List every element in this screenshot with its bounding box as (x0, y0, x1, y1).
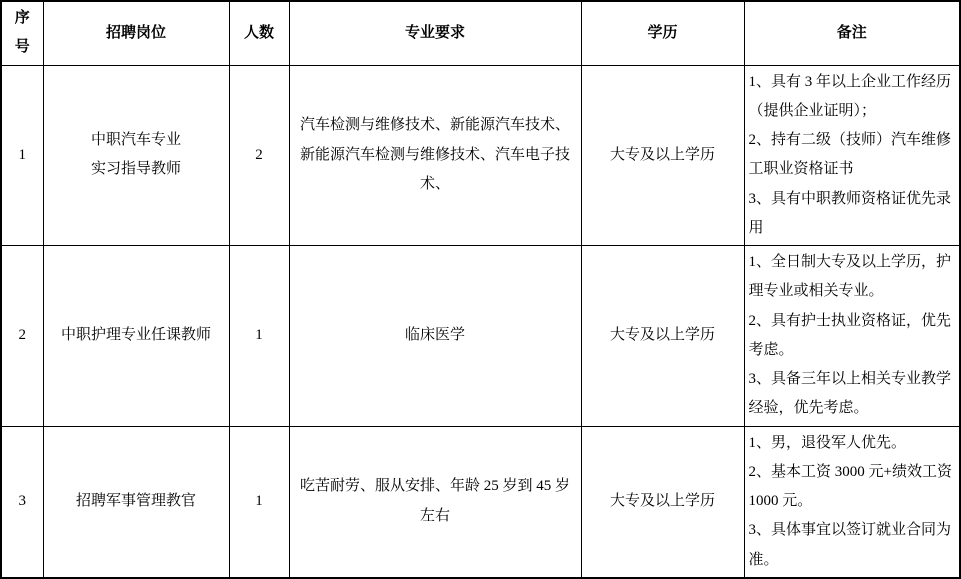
recruitment-table: 序 号 招聘岗位 人数 专业要求 学历 备注 1 中职汽车专业 实习指导教师 2… (0, 0, 961, 579)
cell-serial: 3 (1, 426, 43, 578)
table-row: 2 中职护理专业任课教师 1 临床医学 大专及以上学历 1、全日制大专及以上学历… (1, 246, 960, 427)
cell-notes: 1、男，退役军人优先。 2、基本工资 3000 元+绩效工资 1000 元。 3… (744, 426, 960, 578)
header-notes: 备注 (744, 1, 960, 65)
cell-position: 中职护理专业任课教师 (43, 246, 229, 427)
header-education: 学历 (581, 1, 744, 65)
table-row: 3 招聘军事管理教官 1 吃苦耐劳、服从安排、年龄 25 岁到 45 岁左右 大… (1, 426, 960, 578)
cell-count: 2 (229, 65, 289, 246)
cell-position: 招聘军事管理教官 (43, 426, 229, 578)
header-row: 序 号 招聘岗位 人数 专业要求 学历 备注 (1, 1, 960, 65)
cell-education: 大专及以上学历 (581, 65, 744, 246)
cell-education: 大专及以上学历 (581, 246, 744, 427)
cell-serial: 1 (1, 65, 43, 246)
cell-serial: 2 (1, 246, 43, 427)
cell-count: 1 (229, 426, 289, 578)
cell-education: 大专及以上学历 (581, 426, 744, 578)
table-row: 1 中职汽车专业 实习指导教师 2 汽车检测与维修技术、新能源汽车技术、新能源汽… (1, 65, 960, 246)
header-count: 人数 (229, 1, 289, 65)
cell-major: 吃苦耐劳、服从安排、年龄 25 岁到 45 岁左右 (289, 426, 581, 578)
cell-major: 临床医学 (289, 246, 581, 427)
header-position: 招聘岗位 (43, 1, 229, 65)
cell-count: 1 (229, 246, 289, 427)
header-serial-number: 序 号 (1, 1, 43, 65)
cell-notes: 1、全日制大专及以上学历，护理专业或相关专业。 2、具有护士执业资格证，优先考虑… (744, 246, 960, 427)
cell-major: 汽车检测与维修技术、新能源汽车技术、新能源汽车检测与维修技术、汽车电子技术、 (289, 65, 581, 246)
header-major-requirements: 专业要求 (289, 1, 581, 65)
cell-position: 中职汽车专业 实习指导教师 (43, 65, 229, 246)
cell-notes: 1、具有 3 年以上企业工作经历（提供企业证明）； 2、持有二级（技师）汽车维修… (744, 65, 960, 246)
